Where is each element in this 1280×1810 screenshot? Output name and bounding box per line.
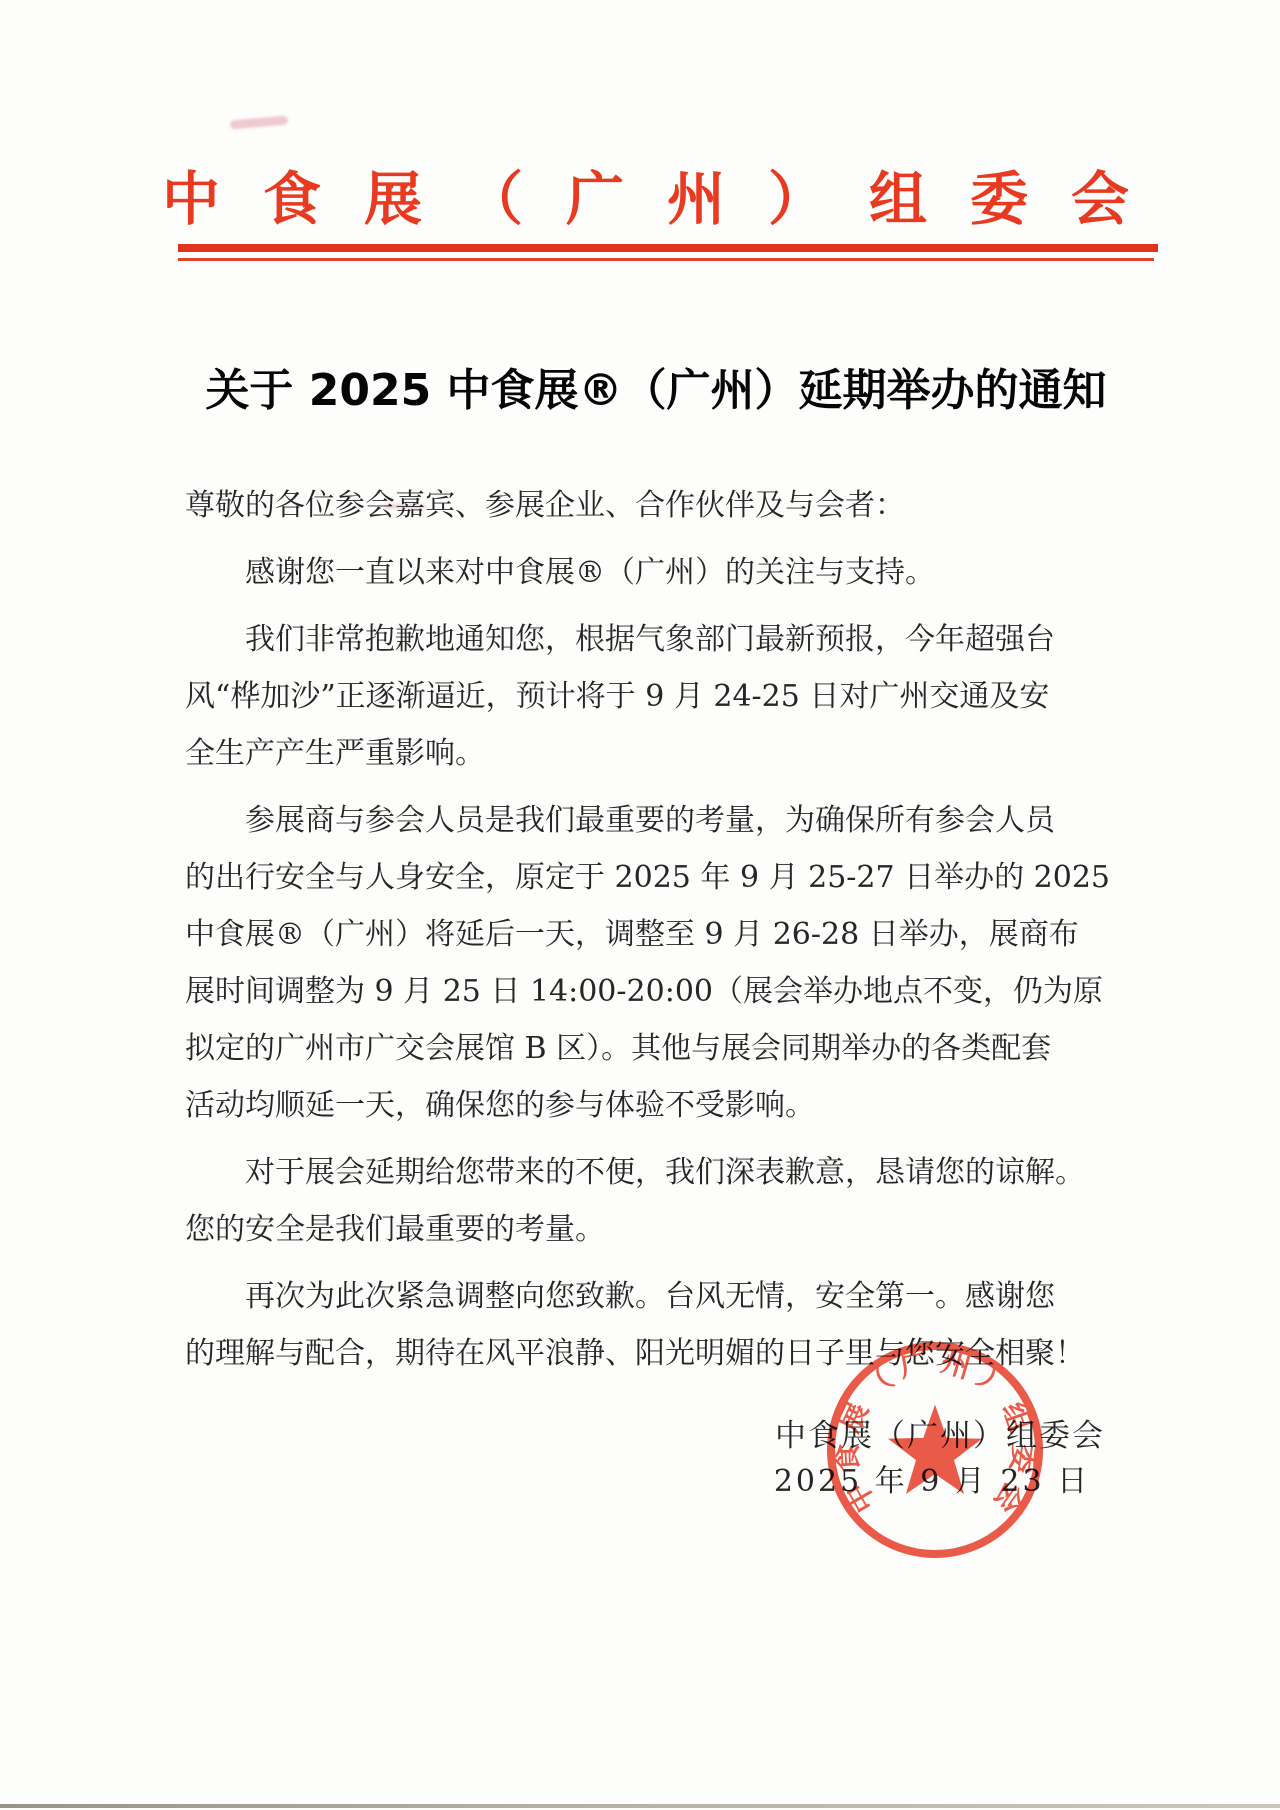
letterhead-org-name: 中食展（广州）组委会 xyxy=(162,152,1172,224)
body-line: 我们非常抱歉地通知您，根据气象部门最新预报，今年超强台 xyxy=(185,611,1107,668)
body-line: 参展商与参会人员是我们最重要的考量，为确保所有参会人员 xyxy=(185,792,1107,849)
body-line: 您的安全是我们最重要的考量。 xyxy=(185,1201,1107,1258)
body-line: 风“桦加沙”正逐渐逼近，预计将于 9 月 24-25 日对广州交通及安 xyxy=(185,668,1107,725)
body-line: 对于展会延期给您带来的不便，我们深表歉意，恳请您的谅解。 xyxy=(185,1144,1107,1201)
body-line: 活动均顺延一天，确保您的参与体验不受影响。 xyxy=(185,1077,1107,1134)
body-line: 全生产产生严重影响。 xyxy=(185,725,1107,782)
body-line: 拟定的广州市广交会展馆 B 区）。其他与展会同期举办的各类配套 xyxy=(185,1020,1107,1077)
scan-smudge-mark xyxy=(230,115,289,129)
star-icon xyxy=(888,1405,982,1494)
notice-body: 尊敬的各位参会嘉宾、参展企业、合作伙伴及与会者： 感谢您一直以来对中食展®（广州… xyxy=(185,477,1107,1382)
body-line-salutation: 尊敬的各位参会嘉宾、参展企业、合作伙伴及与会者： xyxy=(185,477,1107,534)
official-seal-stamp: 中食展（广州）组委会 xyxy=(815,1330,1055,1570)
scan-bottom-edge xyxy=(0,1804,1280,1808)
body-line: 中食展®（广州）将延后一天，调整至 9 月 26-28 日举办，展商布 xyxy=(185,906,1107,963)
letterhead-rule-thin xyxy=(178,258,1154,261)
body-line: 感谢您一直以来对中食展®（广州）的关注与支持。 xyxy=(185,544,1107,601)
letterhead-rule-thick xyxy=(178,244,1158,252)
body-line: 再次为此次紧急调整向您致歉。台风无情，安全第一。感谢您 xyxy=(185,1268,1107,1325)
body-line: 展时间调整为 9 月 25 日 14:00-20:00（展会举办地点不变，仍为原 xyxy=(185,963,1107,1020)
notice-title: 关于 2025 中食展®（广州）延期举办的通知 xyxy=(16,354,1280,418)
body-line: 的出行安全与人身安全，原定于 2025 年 9 月 25-27 日举办的 202… xyxy=(185,849,1107,906)
scanned-notice-page: 中食展（广州）组委会 关于 2025 中食展®（广州）延期举办的通知 尊敬的各位… xyxy=(0,0,1280,1810)
